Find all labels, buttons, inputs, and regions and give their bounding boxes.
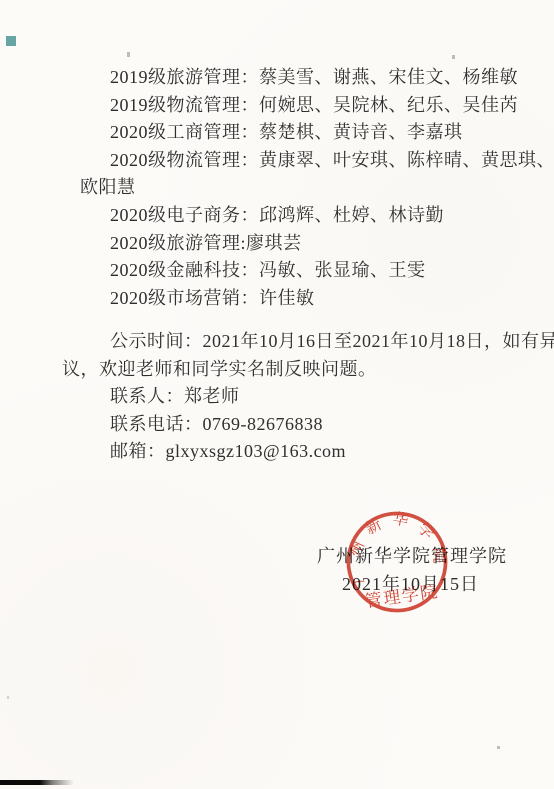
document-line: 2020级旅游管理:廖琪芸 [62,230,522,258]
document-line: 联系电话：0769-82676838 [62,411,522,439]
document-line: 2020级市场营销：许佳敏 [62,285,522,313]
scan-speck [452,55,455,59]
scan-speck [127,52,130,57]
document-line: 议，欢迎老师和同学实名制反映问题。 [62,356,522,384]
document-line: 邮箱：glxyxsgz103@163.com [62,438,522,466]
document-line: 2020级金融科技：冯敏、张显瑜、王雯 [62,257,522,285]
scanned-notice-page: 2019级旅游管理：蔡美雪、谢燕、宋佳文、杨维敏2019级物流管理：何婉思、吴院… [0,0,554,789]
notice-paragraph: 公示时间：2021年10月16日至2021年10月18日，如有异议，欢迎老师和同… [62,328,522,466]
document-line: 欧阳慧 [62,174,522,202]
teal-scan-mark [6,36,16,46]
scan-speck [7,696,9,699]
document-line: 公示时间：2021年10月16日至2021年10月18日，如有异 [62,328,522,356]
document-line: 2019级物流管理：何婉思、吴院林、纪乐、吴佳芮 [62,92,522,120]
signature-date: 2021年10月15日 [342,570,479,596]
document-line: 2020级电子商务：邱鸿辉、杜婷、林诗勤 [62,202,522,230]
scan-speck [497,746,500,749]
roster-list: 2019级旅游管理：蔡美雪、谢燕、宋佳文、杨维敏2019级物流管理：何婉思、吴院… [62,64,522,312]
document-line: 2020级工商管理：蔡楚棋、黄诗音、李嘉琪 [62,119,522,147]
signature-organization: 广州新华学院管理学院 [317,542,507,568]
document-line: 2019级旅游管理：蔡美雪、谢燕、宋佳文、杨维敏 [62,64,522,92]
document-line: 2020级物流管理：黄康翠、叶安琪、陈梓晴、黄思琪、 [62,147,522,175]
document-line: 联系人：郑老师 [62,383,522,411]
scan-artifact-strip [0,780,78,785]
